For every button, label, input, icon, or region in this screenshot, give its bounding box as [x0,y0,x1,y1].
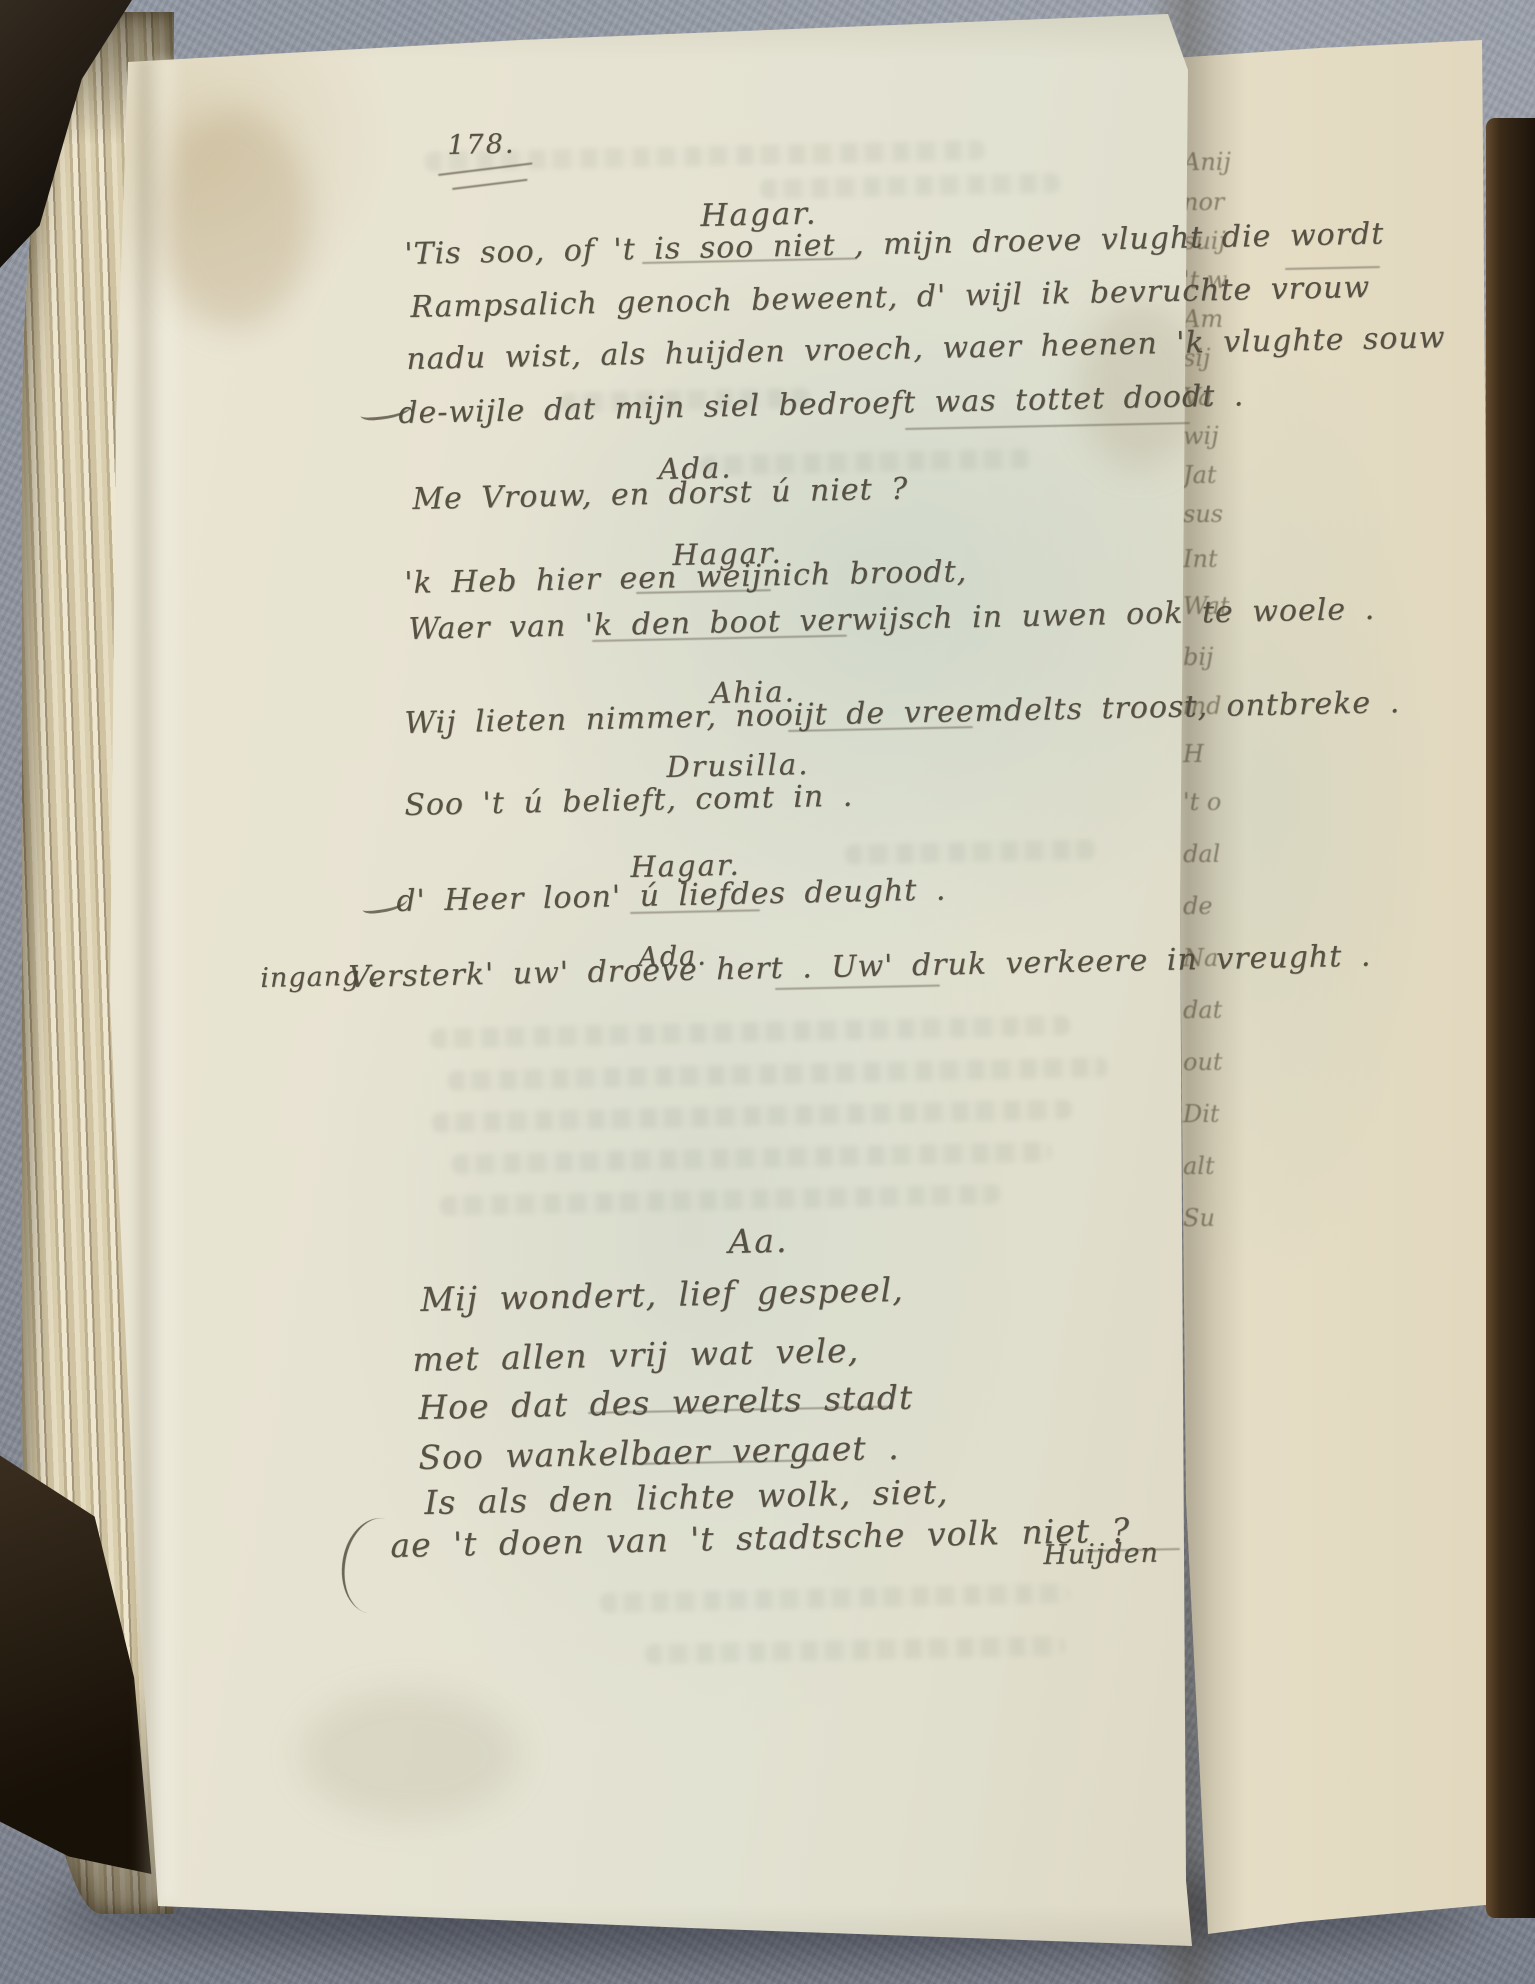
book-photo: Anij nor suij 't w Am sij Va wij Jat sus… [0,0,1535,1984]
paper-stain [300,1690,520,1820]
page-number: 178. [447,129,516,161]
speaker-heading: Drusilla. [666,747,810,784]
page-curl-highlight [138,58,186,1900]
book-cover-right-edge [1486,118,1535,1918]
paper-stain [160,110,310,330]
song-heading: Aa. [728,1221,789,1261]
catchword: Huijden [1043,1538,1159,1571]
